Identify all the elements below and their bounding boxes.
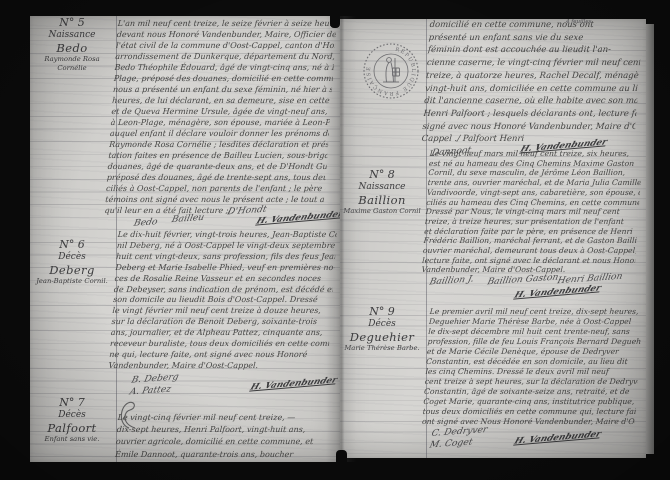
page-edge-sliver: [646, 24, 654, 454]
entry-7-act-text: Le vingt-cinq février mil neuf cent trei…: [115, 412, 337, 461]
handwritten-line: dit l'ancienne caserne, où elle habite a…: [424, 95, 638, 108]
handwritten-line: profession, fille de feu Louis François …: [427, 337, 641, 347]
scanned-register-photo: N° 5 Naissance Bedo Raymonde Rosa Cornél…: [0, 0, 670, 480]
handwritten-line: treize, à treize heures, sur présentatio…: [425, 217, 639, 227]
entry-category: Naissance: [340, 181, 424, 193]
entry-8-act-text: Le vingt-neuf mars mil neuf cent treize,…: [421, 149, 643, 275]
page-gap-bottom: [336, 450, 347, 464]
handwritten-line: nil Deberg, né à Oost-Cappel le vingt-de…: [116, 241, 336, 252]
handwritten-line: Frédéric Baillion, maréchal ferrant, et …: [423, 236, 637, 246]
handwritten-line: sur la déclaration de Benoit Deberg, soi…: [111, 317, 331, 328]
handwritten-line: le dix-sept décembre mil huit cent trent…: [428, 327, 642, 337]
handwritten-line: devant nous Honoré Vandenbunder, Maire, …: [116, 29, 336, 40]
entry-number: N° 5: [30, 16, 114, 29]
handwritten-line: ouvrier maréchal, demeurant tous deux à …: [423, 246, 637, 256]
handwritten-line: Vandenbunder, Maire d'Oost-Cappel.: [108, 361, 328, 372]
entry-5-margin: N° 5 Naissance Bedo Raymonde Rosa Cornél…: [30, 16, 114, 73]
entry-7-margin: N° 7 Décès Palfoort Enfant sans vie.: [30, 396, 114, 444]
handwritten-line: arrondissement de Dunkerque, département…: [115, 51, 335, 62]
handwritten-line: Cornil, du sexe masculin, de Jérôme Léon…: [428, 168, 642, 178]
handwritten-line: lecture faite, ont signé avec le déclara…: [422, 256, 636, 266]
signature: Bedo: [133, 217, 159, 229]
handwritten-line: nous a présenté un enfant du sexe fémini…: [113, 84, 333, 95]
handwritten-line: Le vingt-cinq février mil neuf cent trei…: [117, 412, 337, 424]
handwritten-line: treize, à quatorze heures, Rachel Decalf…: [426, 70, 640, 83]
handwritten-line: le vingt février mil neuf cent treize à …: [112, 306, 332, 317]
handwritten-line: Constantin, âgé de soixante-seize ans, r…: [424, 387, 638, 397]
handwritten-line: ouvrier agricole, domicilié en cette com…: [115, 436, 335, 448]
entry-given-names: Marie Thérèse Barbe.: [340, 344, 424, 353]
handwritten-line: ciliés au hameau des Cinq Chemins, en ce…: [426, 198, 640, 208]
handwritten-line: Le vingt-neuf mars mil neuf cent treize,…: [429, 149, 643, 159]
handwritten-line: vingt-huit ans, domiciliée en cette comm…: [425, 83, 639, 96]
entry-surname: Baillion: [340, 193, 424, 207]
handwritten-line: dix-sept heures, Henri Palfoort, vingt-h…: [116, 424, 336, 436]
handwritten-line: Raymonde Rosa Cornélie ; lesdites déclar…: [109, 139, 329, 150]
left-register-page: N° 5 Naissance Bedo Raymonde Rosa Cornél…: [30, 16, 340, 462]
signature: Bailleu: [171, 213, 205, 225]
handwritten-line: Constantin, est décédée en son domicile,…: [426, 357, 640, 367]
handwritten-line: Coget Marie, quarante-cinq ans, institut…: [423, 397, 637, 407]
handwritten-line: cent treize à sept heures, sur la déclar…: [424, 377, 638, 387]
entry-6-margin: N° 6 Décès Deberg Jean-Baptiste Cornil.: [30, 238, 114, 286]
handwritten-line: cienne caserne, le vingt-cinq février mi…: [426, 57, 640, 70]
handwritten-line: et de Marie Cécile Denèque, épouse de De…: [427, 347, 641, 357]
handwritten-line: présenté un enfant sans vie du sexe: [428, 32, 642, 45]
entry-6-act-text: Le dix-huit février, vingt-trois heures,…: [108, 230, 337, 372]
entry-category: Décès: [30, 409, 114, 421]
handwritten-line: son domicile au lieudit Bois d'Oost-Capp…: [113, 295, 333, 306]
entry-category: Naissance: [30, 29, 114, 41]
handwritten-line: Dressé par Nous, le vingt-cinq mars mil …: [425, 207, 639, 217]
handwritten-line: Vandivoorde, vingt-sept ans, cabaretière…: [427, 188, 641, 198]
entry-number: N° 7: [30, 396, 114, 409]
handwritten-line: heures, de lui déclarant, en sa demeure,…: [112, 95, 332, 106]
handwritten-line: Henri Palfoort ; lesquels déclarants ont…: [423, 108, 637, 121]
entry-surname: Deguehier: [340, 330, 424, 344]
handwritten-line: Le premier avril mil neuf cent treize, d…: [429, 307, 643, 317]
entry-given-names: Enfant sans vie.: [30, 435, 114, 444]
signature: M. Coget: [429, 438, 474, 451]
handwritten-line: receveur buraliste, tous deux domiciliés…: [110, 339, 330, 350]
handwritten-line: douanes, âgé de quarante-deux ans, et de…: [107, 161, 327, 172]
handwritten-line: les cinq Chemins. Dressé le deux avril m…: [425, 367, 639, 377]
handwritten-line: à Leon-Plage, ménagère, son épouse, mari…: [110, 117, 330, 128]
entry-surname: Palfoort: [30, 421, 114, 435]
entry-number: N° 8: [340, 168, 424, 181]
handwritten-line: tous deux domiciliés en cette commune qu…: [422, 407, 636, 417]
page-gap-top: [330, 14, 340, 28]
handwritten-line: Deguehier Marie Thérèse Barbe, née à Oos…: [429, 317, 643, 327]
marianne-figure-icon: [383, 58, 400, 82]
interlinear-note: 4 feuilles: [566, 19, 591, 25]
entry-category: Décès: [340, 318, 424, 330]
handwritten-line: ans, journalier, et de Alpheau Pattez, c…: [110, 328, 330, 339]
entry-given-names: Maxime Gaston Cornil: [340, 207, 424, 216]
handwritten-line: huit cent vingt-deux, sans profession, f…: [116, 252, 336, 263]
entry-number: N° 9: [340, 305, 424, 318]
entry-category: Décès: [30, 251, 114, 263]
entry-given-names: Jean-Baptiste Cornil.: [30, 277, 114, 286]
entry-9-margin: N° 9 Décès Deguehier Marie Thérèse Barbe…: [340, 305, 424, 353]
handwritten-line: ciliés à Oost-Cappel, non parents de l'e…: [106, 183, 326, 194]
mayor-signature: H. Vandenbunder: [513, 429, 603, 446]
handwritten-line: Plage, préposé des douanes, domicilié en…: [113, 73, 333, 84]
mayor-signature: H. Vandenbunder: [249, 375, 339, 392]
handwritten-line: domicilié en cette commune, nous ont: [429, 19, 643, 32]
handwritten-line: L'an mil neuf cent treize, le seize févr…: [117, 18, 337, 29]
signature: A. Pattez: [129, 385, 172, 398]
republique-francaise-stamp-icon: RÉPUBLIQUE FRANÇAISE: [362, 42, 420, 100]
handwritten-line: Deberg et Marie Isabelle Phied, veuf en …: [115, 263, 335, 274]
entry-surname: Bedo: [30, 41, 114, 55]
handwritten-line: et de Queva Hermine Ursule, âgée de ving…: [111, 106, 331, 117]
entry-9-act-text: Le premier avril mil neuf cent treize, d…: [422, 307, 643, 427]
entry-8-margin: N° 8 Naissance Baillion Maxime Gaston Co…: [340, 168, 424, 216]
handwritten-line: ne qui, lecture faite, ont signé avec no…: [109, 350, 329, 361]
entry-surname: Deberg: [30, 263, 114, 277]
handwritten-line: Bedo Théophile Édouard, âgé de vingt-cin…: [114, 62, 334, 73]
entry-5-act-text: L'an mil neuf cent treize, le seize févr…: [104, 18, 337, 216]
handwritten-line: Émile Dannoot, quarante-trois ans, bouch…: [115, 449, 335, 461]
handwritten-line: ont signé avec Nous Honoré Vandenbunder,…: [422, 417, 636, 427]
entry-7-continuation-text: domicilié en cette commune, nous ontprés…: [421, 19, 643, 146]
entry-given-names: Raymonde Rosa Cornélie: [30, 55, 114, 73]
signature: C. Dedryver: [430, 425, 488, 439]
handwritten-line: et déclaration faite par le père, en pré…: [424, 227, 638, 237]
handwritten-line: signé avec nous Honoré Vandenbunder, Mai…: [422, 121, 636, 134]
handwritten-line: témoins ont signé avec nous le présent a…: [105, 194, 325, 205]
handwritten-line: l'état civil de la commune d'Oost-Cappel…: [116, 40, 336, 51]
signature: Baillion J.: [429, 275, 475, 288]
handwritten-line: trente ans, ouvrier maréchal, et de Mari…: [427, 178, 641, 188]
handwritten-line: de Debeyser, sans indication de prénom, …: [113, 285, 333, 296]
handwritten-line: auquel enfant il déclare vouloir donner …: [110, 128, 330, 139]
handwritten-line: Le dix-huit février, vingt-trois heures,…: [117, 230, 337, 241]
handwritten-line: féminin dont est accouchée au lieudit l'…: [427, 44, 641, 57]
handwritten-line: ces de Rosalie Reine Vasseur et en secon…: [114, 274, 334, 285]
handwritten-line: tation faites en présence de Bailleu Luc…: [108, 150, 328, 161]
handwritten-line: préposé des douanes, âgé de trente-sept …: [106, 172, 326, 183]
handwritten-line: est né au hameau des Cinq Chemins Maxime…: [429, 159, 643, 169]
entry-number: N° 6: [30, 238, 114, 251]
